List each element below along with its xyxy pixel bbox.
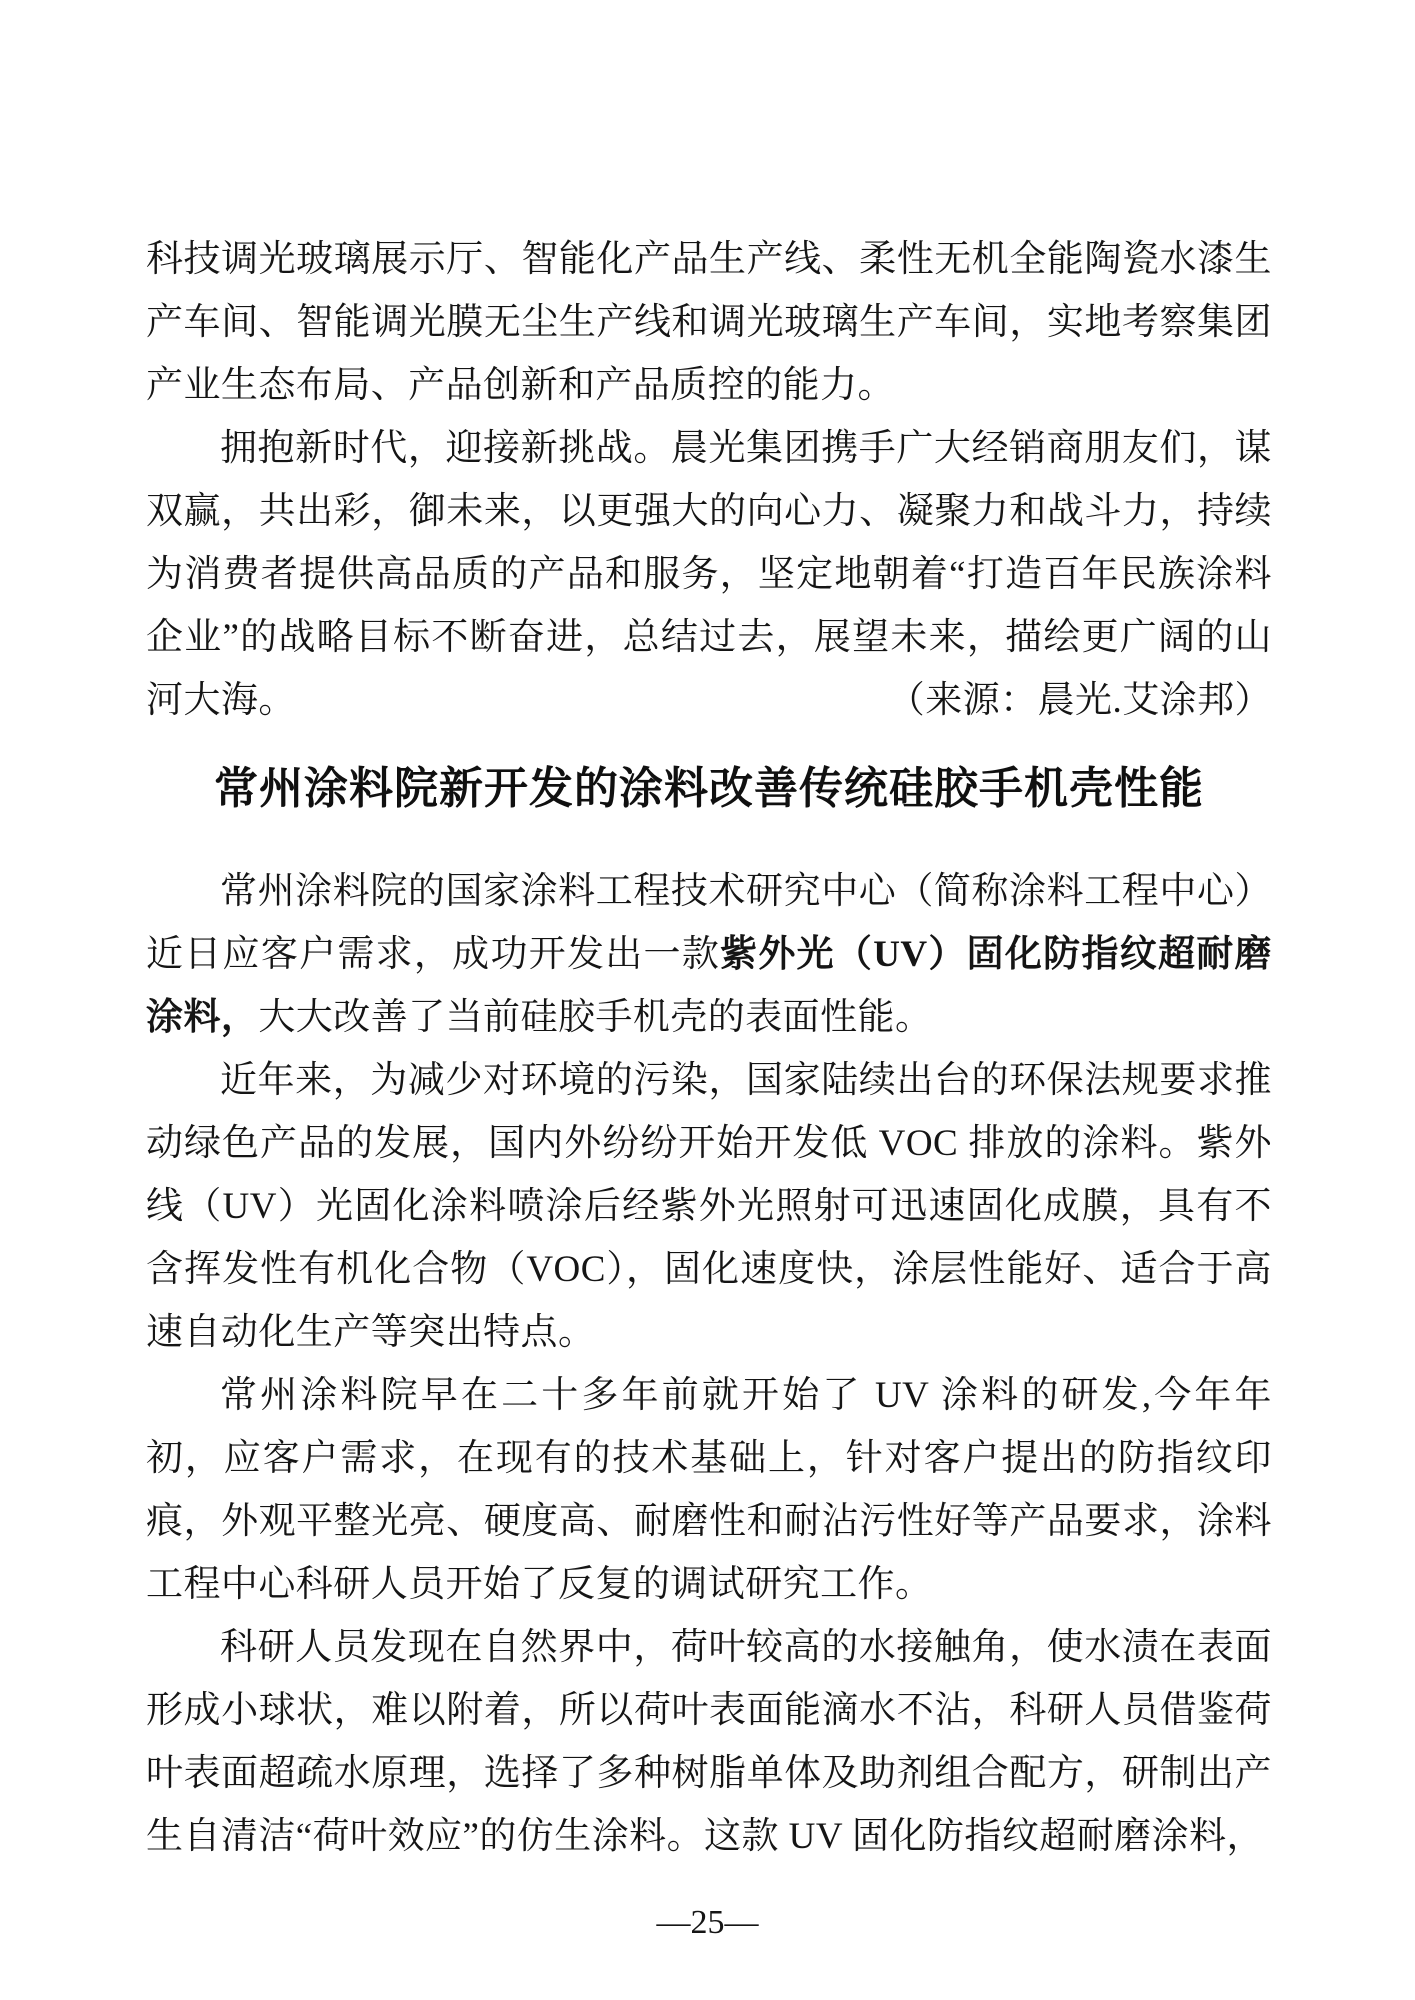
page-number: —25— — [0, 1904, 1415, 1942]
article1-body: 科技调光玻璃展示厅、智能化产品生产线、柔性无机全能陶瓷水漆生产车间、智能调光膜无… — [146, 228, 1272, 732]
article2-body: 常州涂料院的国家涂料工程技术研究中心（简称涂料工程中心）近日应客户需求，成功开发… — [146, 860, 1272, 1868]
article1-source-attribution: （来源：晨光.艾涂邦） — [814, 669, 1272, 732]
article2-paragraph-4: 科研人员发现在自然界中，荷叶较高的水接触角，使水渍在表面形成小球状，难以附着，所… — [146, 1616, 1272, 1868]
article2-title: 常州涂料院新开发的涂料改善传统硅胶手机壳性能 — [146, 760, 1272, 818]
document-page: 科技调光玻璃展示厅、智能化产品生产线、柔性无机全能陶瓷水漆生产车间、智能调光膜无… — [0, 0, 1415, 2000]
article2-p1-tail: 大大改善了当前硅胶手机壳的表面性能。 — [258, 997, 932, 1038]
article1-paragraph-closing: 拥抱新时代，迎接新挑战。晨光集团携手广大经销商朋友们，谋双赢，共出彩，御未来，以… — [146, 417, 1272, 732]
article2-paragraph-3: 常州涂料院早在二十多年前就开始了 UV 涂料的研发,今年年初，应客户需求，在现有… — [146, 1364, 1272, 1616]
article2-paragraph-1: 常州涂料院的国家涂料工程技术研究中心（简称涂料工程中心）近日应客户需求，成功开发… — [146, 860, 1272, 1049]
article2-paragraph-2: 近年来，为减少对环境的污染，国家陆续出台的环保法规要求推动绿色产品的发展，国内外… — [146, 1049, 1272, 1364]
article1-paragraph-continuation: 科技调光玻璃展示厅、智能化产品生产线、柔性无机全能陶瓷水漆生产车间、智能调光膜无… — [146, 228, 1272, 417]
